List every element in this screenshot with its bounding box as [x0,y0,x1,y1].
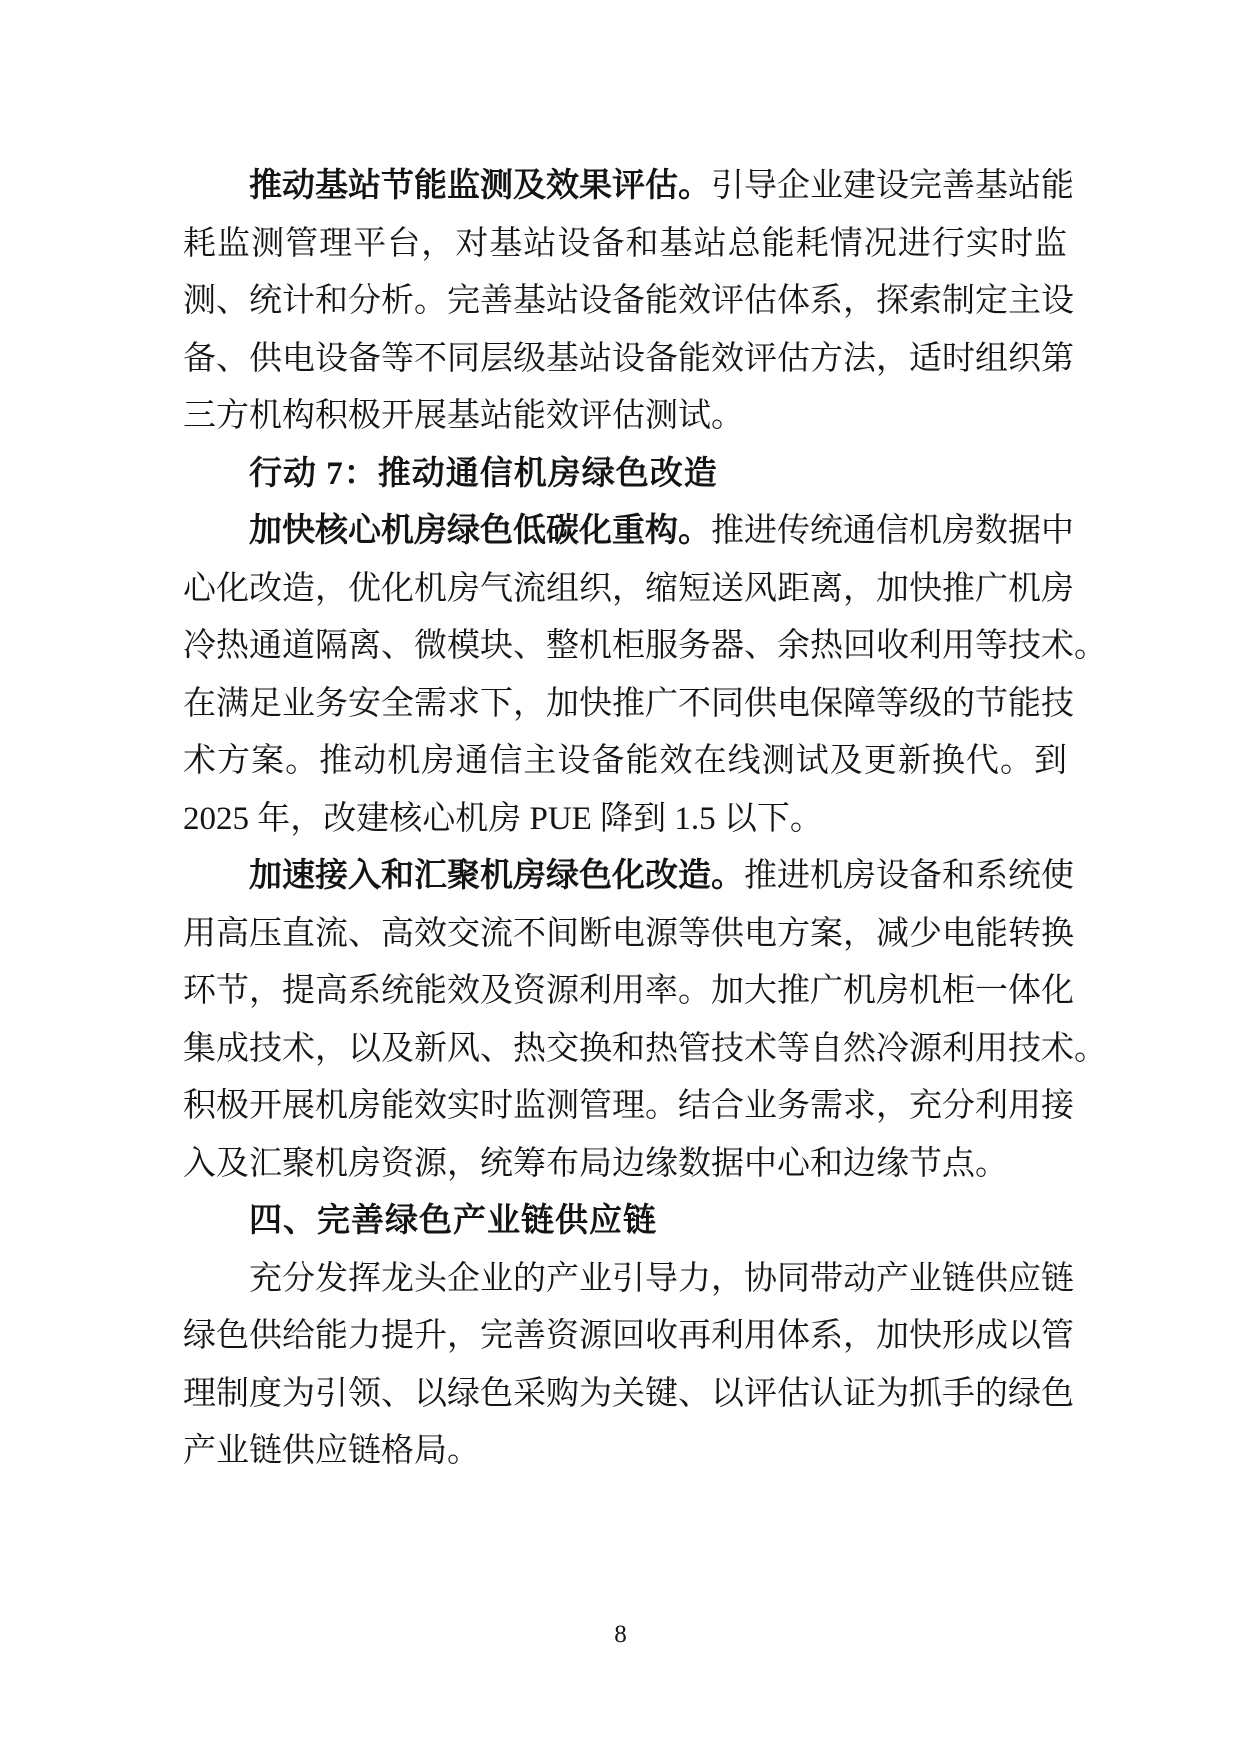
text-run: 集成技术，以及新风、热交换和热管技术等自然冷源利用技术。 [183,1031,1107,1067]
text-line: 备、供电设备等不同层级基站设备能效评估方法，适时组织第 [183,331,1067,389]
text-run: 冷热通道隔离、微模块、整机柜服务器、余热回收利用等技术。 [183,628,1107,664]
text-line: 用高压直流、高效交流不间断电源等供电方案，减少电能转换 [183,906,1067,964]
text-run: 心化改造，优化机房气流组织，缩短送风距离，加快推广机房 [183,571,1074,607]
bold-run: 加速接入和汇聚机房绿色化改造。 [249,858,744,894]
text-run: 绿色供给能力提升，完善资源回收再利用体系，加快形成以管 [183,1318,1074,1354]
text-run: 入及汇聚机房资源，统筹布局边缘数据中心和边缘节点。 [183,1146,1008,1182]
text-line: 推动基站节能监测及效果评估。引导企业建设完善基站能 [183,158,1067,216]
text-run: 积极开展机房能效实时监测管理。结合业务需求，充分利用接 [183,1088,1074,1124]
text-run: 术方案。推动机房通信主设备能效在线测试及更新换代。到 [183,743,1067,779]
text-run: 用高压直流、高效交流不间断电源等供电方案，减少电能转换 [183,916,1074,952]
text-run: 推进传统通信机房数据中 [711,513,1074,549]
text-line: 三方机构积极开展基站能效评估测试。 [183,388,1067,446]
heading-text: 四、完善绿色产业链供应链 [249,1203,657,1239]
text-run: 引导企业建设完善基站能 [711,168,1074,204]
bold-run: 推动基站节能监测及效果评估。 [249,168,711,204]
text-run: 在满足业务安全需求下，加快推广不同供电保障等级的节能技 [183,686,1074,722]
text-line: 积极开展机房能效实时监测管理。结合业务需求，充分利用接 [183,1078,1067,1136]
text-line: 入及汇聚机房资源，统筹布局边缘数据中心和边缘节点。 [183,1136,1067,1194]
text-run: 耗监测管理平台，对基站设备和基站总能耗情况进行实时监 [183,226,1067,262]
text-run: 充分发挥龙头企业的产业引导力，协同带动产业链供应链 [249,1261,1074,1297]
section-heading-action-7: 行动 7：推动通信机房绿色改造 [183,446,1067,504]
text-line: 产业链供应链格局。 [183,1423,1067,1481]
text-line: 加快核心机房绿色低碳化重构。推进传统通信机房数据中 [183,503,1067,561]
document-body: 推动基站节能监测及效果评估。引导企业建设完善基站能 耗监测管理平台，对基站设备和… [183,158,1067,1481]
text-run: 理制度为引领、以绿色采购为关键、以评估认证为抓手的绿色 [183,1376,1074,1412]
text-line: 理制度为引领、以绿色采购为关键、以评估认证为抓手的绿色 [183,1366,1067,1424]
text-line: 耗监测管理平台，对基站设备和基站总能耗情况进行实时监 [183,216,1067,274]
text-line: 测、统计和分析。完善基站设备能效评估体系，探索制定主设 [183,273,1067,331]
text-run: 测、统计和分析。完善基站设备能效评估体系，探索制定主设 [183,283,1074,319]
text-line: 术方案。推动机房通信主设备能效在线测试及更新换代。到 [183,733,1067,791]
section-heading-4: 四、完善绿色产业链供应链 [183,1193,1067,1251]
text-run: 备、供电设备等不同层级基站设备能效评估方法，适时组织第 [183,341,1074,377]
text-line: 加速接入和汇聚机房绿色化改造。推进机房设备和系统使 [183,848,1067,906]
text-line: 冷热通道隔离、微模块、整机柜服务器、余热回收利用等技术。 [183,618,1067,676]
text-line: 充分发挥龙头企业的产业引导力，协同带动产业链供应链 [183,1251,1067,1309]
bold-run: 加快核心机房绿色低碳化重构。 [249,513,711,549]
text-line: 绿色供给能力提升，完善资源回收再利用体系，加快形成以管 [183,1308,1067,1366]
text-line: 在满足业务安全需求下，加快推广不同供电保障等级的节能技 [183,676,1067,734]
text-run: 三方机构积极开展基站能效评估测试。 [183,398,744,434]
text-line: 心化改造，优化机房气流组织，缩短送风距离，加快推广机房 [183,561,1067,619]
text-line: 2025 年，改建核心机房 PUE 降到 1.5 以下。 [183,791,1067,849]
text-line: 环节，提高系统能效及资源利用率。加大推广机房机柜一体化 [183,963,1067,1021]
text-run: 推进机房设备和系统使 [744,858,1074,894]
text-run: 环节，提高系统能效及资源利用率。加大推广机房机柜一体化 [183,973,1074,1009]
text-line: 集成技术，以及新风、热交换和热管技术等自然冷源利用技术。 [183,1021,1067,1079]
heading-text: 行动 7：推动通信机房绿色改造 [249,456,718,492]
text-run: 产业链供应链格局。 [183,1433,480,1469]
document-page: 推动基站节能监测及效果评估。引导企业建设完善基站能 耗监测管理平台，对基站设备和… [0,0,1241,1754]
text-run: 2025 年，改建核心机房 PUE 降到 1.5 以下。 [183,801,823,837]
page-number: 8 [0,1620,1241,1650]
